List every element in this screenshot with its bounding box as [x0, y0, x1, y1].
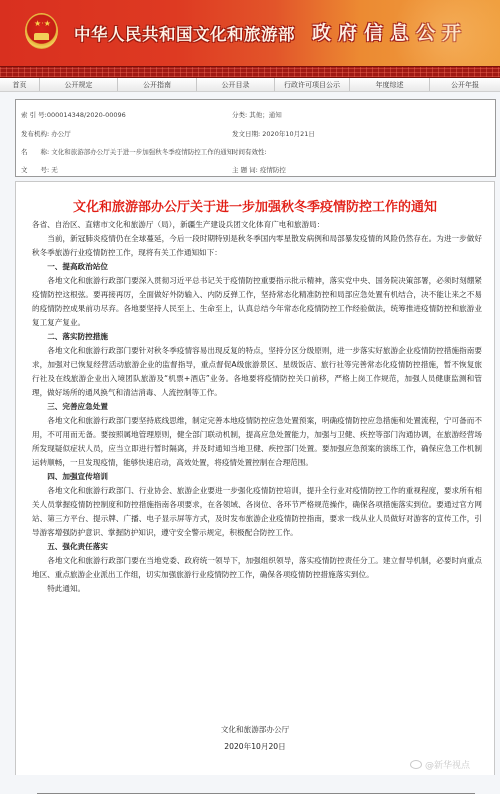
section-body: 各地文化和旅游行政部门要在当地党委、政府统一领导下，加强组织领导，落实疫情防控责… [32, 554, 482, 582]
section-body: 各地文化和旅游行政部门、行业协会、旅游企业要进一步强化疫情防控培训，提升全行业对… [32, 484, 482, 540]
meta-publisher: 发布机构: 办公厅 [21, 129, 71, 138]
document-metadata: 索 引 号:000014348/2020-00096 分类: 其他；通知 发布机… [15, 99, 496, 177]
nav-item-home[interactable]: 首页 [0, 78, 40, 91]
national-emblem-icon: ★·★ [25, 13, 58, 49]
section-body: 各地文化和旅游行政部门要针对秋冬季疫情容易出现反复的特点，坚持分区分级原则，进一… [32, 344, 482, 400]
site-header: ★·★ 中华人民共和国文化和旅游部 政府信息公开 [0, 0, 500, 66]
nav-item-annual-summary[interactable]: 年度综述 [350, 78, 430, 91]
meta-validity: 时间有效性: [232, 147, 267, 156]
section-heading: 四、加强宣传培训 [32, 470, 482, 484]
nav-item-regulations[interactable]: 公开规定 [40, 78, 118, 91]
document-title: 文化和旅游部办公厅关于进一步加强秋冬季疫情防控工作的通知 [16, 196, 494, 215]
nav-item-annual-report[interactable]: 公开年报 [430, 78, 500, 91]
section-heading: 二、落实防控措施 [32, 330, 482, 344]
section-body: 各地文化和旅游行政部门要坚持底线思维，制定完善本地疫情防控应急处置预案，明确疫情… [32, 414, 482, 470]
closing: 特此通知。 [32, 582, 482, 596]
section-title: 政府信息公开 [312, 18, 468, 45]
section-heading: 一、提高政治站位 [32, 260, 482, 274]
decorative-fret-border [0, 66, 500, 78]
intro-paragraph: 当前，新冠肺炎疫情仍在全球蔓延，今后一段时期特别是秋冬季国内零星散发病例和局部暴… [32, 232, 482, 260]
signature-org: 文化和旅游部办公厅 [16, 724, 494, 735]
meta-topic: 主 题 词: 疫情防控 [232, 165, 286, 174]
main-nav: 首页 公开规定 公开指南 公开目录 行政许可项目公示 年度综述 公开年报 [0, 78, 500, 92]
section-heading: 五、强化责任落实 [32, 540, 482, 554]
weibo-icon [410, 760, 422, 769]
meta-name: 名 称: 文化和旅游部办公厅关于进一步加强秋冬季疫情防控工作的通知 [21, 147, 233, 156]
document-content: 文化和旅游部办公厅关于进一步加强秋冬季疫情防控工作的通知 各省、自治区、直辖市文… [15, 181, 495, 775]
meta-date: 发文日期: 2020年10月21日 [232, 129, 315, 138]
ministry-title: 中华人民共和国文化和旅游部 [74, 21, 295, 45]
document-body: 各省、自治区、直辖市文化和旅游厅（局），新疆生产建设兵团文化体育广电和旅游局： … [32, 218, 482, 596]
signature-date: 2020年10月20日 [16, 741, 494, 752]
salutation: 各省、自治区、直辖市文化和旅游厅（局），新疆生产建设兵团文化体育广电和旅游局： [32, 218, 482, 232]
nav-item-guide[interactable]: 公开指南 [118, 78, 197, 91]
meta-category: 分类: 其他；通知 [232, 110, 282, 119]
section-heading: 三、完善应急处置 [32, 400, 482, 414]
weibo-watermark: @新华视点 [410, 758, 470, 771]
meta-index: 索 引 号:000014348/2020-00096 [21, 110, 126, 119]
meta-doc-number: 文 号: 无 [21, 165, 58, 174]
nav-item-licensing[interactable]: 行政许可项目公示 [275, 78, 350, 91]
section-body: 各地文化和旅游行政部门要深入贯彻习近平总书记关于疫情防控重要指示批示精神，落实党… [32, 274, 482, 330]
nav-item-catalog[interactable]: 公开目录 [197, 78, 275, 91]
